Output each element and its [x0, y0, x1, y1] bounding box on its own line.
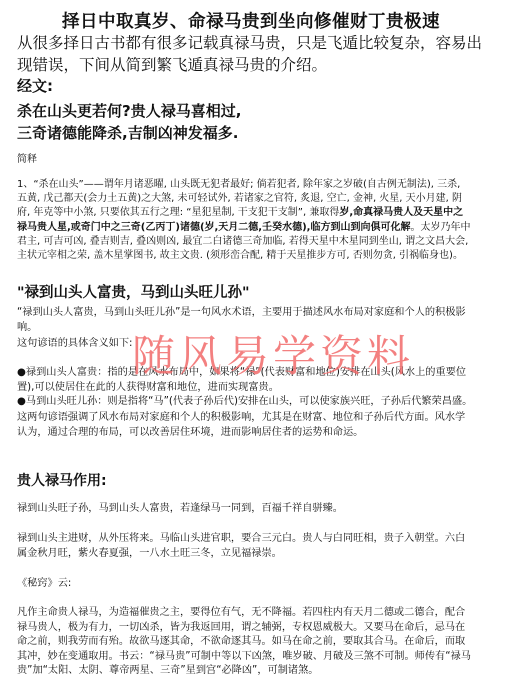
section3-paragraph-1: 禄到山头旺子孙，马到山头人富贵，若逢绿马一同到，百福千祥自骈臻。 — [17, 502, 473, 517]
watermark-text: 随风易学资料 — [132, 323, 414, 384]
section3-heading: 贵人禄马作用: — [17, 470, 107, 490]
section2-summary: 这两句谚语强调了风水布局对家庭和个人的积极影响，尤其是在财富、地位和子孙后代方面… — [17, 411, 473, 440]
intro-paragraph: 从很多择日古书都有很多记载真禄马贵，只是飞遁比较复杂，容易出现错误，下间从简到繁… — [17, 32, 487, 76]
page-title: 择日中取真岁、命禄马贵到坐向修催财丁贵极速 — [62, 8, 440, 33]
note-label: 简释 — [17, 150, 37, 165]
section3-paragraph-4: 凡作主命贵人禄马，为造福催贵之主，要得位有气，无不降福。若四柱内有天月二德或二德… — [17, 606, 473, 679]
document-page: 择日中取真岁、命禄马贵到坐向修催财丁贵极速 从很多择日古书都有很多记载真禄马贵，… — [0, 0, 526, 694]
section3-paragraph-2: 禄到山头主进财，从外压将来。马临山头进官职，要合三元白。贵人与白同旺相，贵子入朝… — [17, 532, 473, 561]
sutra-line-2: 三奇诸德能降杀,吉制凶神发福多. — [17, 122, 497, 144]
sutra-verse: 杀在山头更若何?贵人禄马喜相过, 三奇诸德能降杀,吉制凶神发福多. — [17, 100, 497, 144]
sutra-line-1: 杀在山头更若何?贵人禄马喜相过, — [17, 100, 497, 122]
section2-heading: "禄到山头人富贵，马到山头旺儿孙" — [17, 281, 250, 302]
note-paragraph: 1、“杀在山头”——谓年月诸恶曜, 山头既无犯者最好; 倘若犯者, 除年家之岁破… — [17, 178, 473, 263]
bullet-item-2: ●马到山头旺儿孙：则是指将“马”(代表子孙后代)安排在山头，可以使家族兴旺，子孙… — [17, 395, 473, 410]
sutra-label: 经文: — [17, 75, 53, 96]
section3-quote-source: 《秘窍》云: — [17, 577, 473, 592]
